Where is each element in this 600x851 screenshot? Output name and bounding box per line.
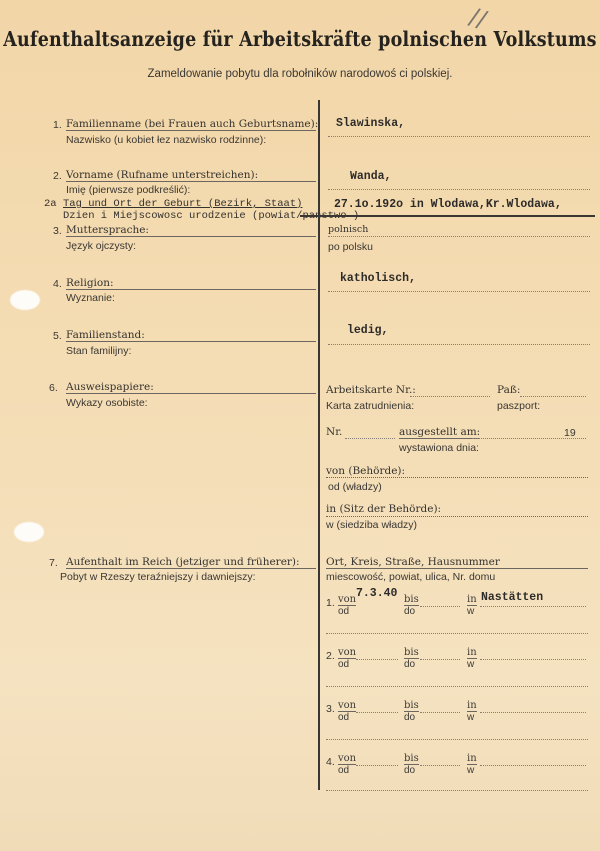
residence-3-to-line[interactable] (420, 712, 460, 713)
residence-2-extra-line (326, 686, 588, 687)
seat-label-de: in (Sitz der Behörde): (326, 503, 441, 515)
from-label-pl: od (338, 659, 356, 670)
issued-label-pl: wystawiona dnia: (399, 442, 479, 454)
first-name-line (328, 189, 590, 190)
residence-1-to-line[interactable] (420, 606, 460, 607)
form-subtitle: Zameldowanie pobytu dla robołników narod… (0, 68, 600, 80)
marital-status-line (328, 344, 590, 345)
residence-4-from-line[interactable] (356, 765, 398, 766)
residence-2-place-line[interactable] (480, 659, 586, 660)
residence-4-to-line[interactable] (420, 765, 460, 766)
field-4-number: 4. (53, 278, 62, 290)
issued-label-de: ausgestellt am: (399, 426, 480, 439)
family-name-line (328, 136, 590, 137)
work-card-label-de: Arbeitskarte Nr.: (326, 384, 416, 396)
column-divider (318, 100, 320, 790)
field-1-label-pl: Nazwisko (u kobiet łez nazwisko rodzinne… (66, 134, 266, 146)
residence-3-from-line[interactable] (356, 712, 398, 713)
birth-date-place-value[interactable]: 27.1o.192o in Wlodawa,Kr.Wlodawa, (334, 198, 562, 211)
passport-label-de: Paß: (497, 384, 520, 396)
authority-label-de: von (Behörde): (326, 465, 405, 477)
issued-year-prefix: 19 (564, 427, 576, 439)
nr-line[interactable] (345, 438, 395, 439)
field-7-number: 7. (49, 557, 58, 569)
religion-value[interactable]: katholisch, (340, 272, 416, 285)
field-6-number: 6. (49, 382, 58, 394)
in-label-de: in (467, 700, 477, 712)
residence-header-pl: miescowość, powiat, ulica, Nr. domu (326, 571, 495, 583)
field-5-label-pl: Stan familijny: (66, 345, 131, 357)
residence-2-to-line[interactable] (420, 659, 460, 660)
from-label-pl: od (338, 712, 356, 723)
residence-3-extra-line (326, 739, 588, 740)
residence-2-from-line[interactable] (356, 659, 398, 660)
from-label-pl: od (338, 765, 356, 776)
field-7-label-de: Aufenthalt im Reich (jetziger und früher… (66, 556, 316, 569)
residence-2-number: 2. (326, 650, 335, 662)
field-7-label-pl: Pobyt w Rzeszy teraźniejszy i dawniejszy… (60, 571, 256, 583)
residence-3-to-label: bis do (404, 700, 419, 723)
to-label-pl: do (404, 659, 419, 670)
residence-1-from-value[interactable]: 7.3.40 (356, 587, 397, 600)
from-label-de: von (338, 647, 356, 659)
punch-hole-bottom (14, 522, 44, 542)
residence-4-number: 4. (326, 756, 335, 768)
residence-1-place-value[interactable]: Nastätten (481, 591, 543, 604)
work-card-line[interactable] (410, 396, 490, 397)
in-label-de: in (467, 753, 477, 765)
seat-label-pl: w (siedziba władzy) (326, 519, 417, 531)
field-2-label-pl: Imię (pierwsze podkreślić): (66, 184, 190, 196)
field-3-label-pl: Język ojczysty: (66, 240, 136, 252)
seat-line[interactable] (326, 516, 588, 517)
in-label-de: in (467, 594, 477, 606)
to-label-de: bis (404, 753, 419, 765)
field-2a-rule (300, 215, 595, 217)
residence-1-number: 1. (326, 597, 335, 609)
to-label-de: bis (404, 647, 419, 659)
authority-label-pl: od (władzy) (328, 481, 382, 493)
mother-tongue-value[interactable]: po polsku (328, 241, 373, 253)
field-4-label-de: Religion: (66, 277, 316, 290)
field-6-label-pl: Wykazy osobiste: (66, 397, 148, 409)
mother-tongue-value-de: polnisch (328, 224, 368, 235)
residence-3-in-label: in w (467, 700, 477, 723)
residence-3-place-line[interactable] (480, 712, 586, 713)
in-label-pl: w (467, 712, 477, 723)
family-name-value[interactable]: Slawinska, (336, 117, 405, 130)
in-label-pl: w (467, 659, 477, 670)
nr-label: Nr. (326, 426, 342, 438)
field-2a-label-de: Tag und Ort der Geburt (Bezirk, Staat) (63, 198, 302, 210)
from-label-de: von (338, 594, 356, 606)
residence-2-in-label: in w (467, 647, 477, 670)
field-2-label-de: Vorname (Rufname unterstreichen): (66, 169, 316, 182)
in-label-pl: w (467, 765, 477, 776)
religion-line (328, 291, 590, 292)
from-label-de: von (338, 753, 356, 765)
passport-label-pl: paszport: (497, 400, 540, 412)
field-1-number: 1. (53, 119, 62, 131)
from-label-pl: od (338, 606, 356, 617)
authority-line[interactable] (326, 477, 588, 478)
mother-tongue-line (328, 236, 590, 237)
residence-4-place-line[interactable] (480, 765, 586, 766)
from-label-de: von (338, 700, 356, 712)
residence-1-place-line (480, 606, 586, 607)
field-2-number: 2. (53, 170, 62, 182)
residence-4-to-label: bis do (404, 753, 419, 776)
marital-status-value[interactable]: ledig, (347, 324, 388, 337)
field-3-label-de: Muttersprache: (66, 224, 316, 237)
field-1-label-de: Familienname (bei Frauen auch Geburtsnam… (66, 118, 316, 131)
residence-1-in-label: in w (467, 594, 477, 617)
punch-hole-top (10, 290, 40, 310)
residence-header-de: Ort, Kreis, Straße, Hausnummer (326, 556, 588, 569)
to-label-pl: do (404, 712, 419, 723)
residence-1-extra-line (326, 633, 588, 634)
to-label-pl: do (404, 606, 419, 617)
field-3-number: 3. (53, 225, 62, 237)
residence-2-from-label: von od (338, 647, 356, 670)
residence-1-from-label: von od (338, 594, 356, 617)
in-label-pl: w (467, 606, 477, 617)
work-card-label-pl: Karta zatrudnienia: (326, 400, 414, 412)
field-5-label-de: Familienstand: (66, 329, 316, 342)
to-label-de: bis (404, 594, 419, 606)
field-4-label-pl: Wyznanie: (66, 292, 115, 304)
form-title: Aufenthaltsanzeige für Arbeitskräfte pol… (0, 29, 600, 52)
field-2a-number: 2a (44, 198, 57, 210)
passport-line[interactable] (520, 396, 586, 397)
residence-1-to-label: bis do (404, 594, 419, 617)
residence-2-to-label: bis do (404, 647, 419, 670)
residence-4-in-label: in w (467, 753, 477, 776)
to-label-pl: do (404, 765, 419, 776)
residence-4-extra-line (326, 790, 588, 791)
residence-3-from-label: von od (338, 700, 356, 723)
field-5-number: 5. (53, 330, 62, 342)
field-6-label-de: Ausweispapiere: (66, 381, 316, 394)
residence-4-from-label: von od (338, 753, 356, 776)
first-name-value[interactable]: Wanda, (350, 170, 391, 183)
residence-3-number: 3. (326, 703, 335, 715)
to-label-de: bis (404, 700, 419, 712)
in-label-de: in (467, 647, 477, 659)
